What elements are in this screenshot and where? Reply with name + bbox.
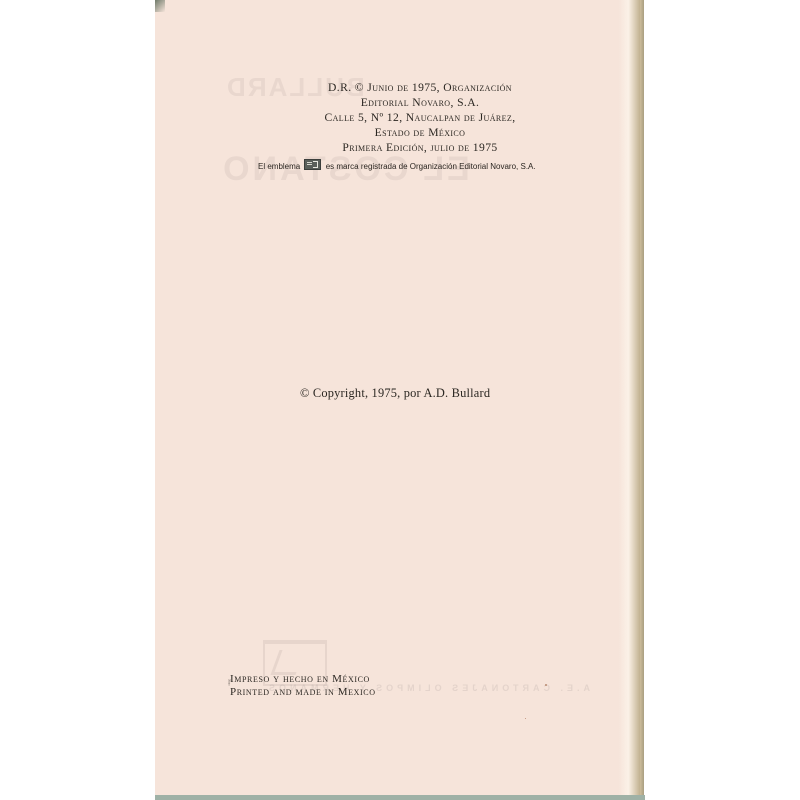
- page-corner-shadow: [155, 0, 165, 12]
- legal-deposit-block: D.R. © Junio de 1975, Organización Edito…: [275, 80, 565, 155]
- novaro-emblem-icon: [304, 159, 321, 170]
- legal-line: Estado de México: [275, 125, 565, 140]
- emblem-notice-prefix: El emblema: [258, 162, 300, 171]
- emblem-trademark-notice: El emblema es marca registrada de Organi…: [258, 159, 578, 171]
- legal-line: Primera Edición, julio de 1975: [275, 140, 565, 155]
- copyright-notice: © Copyright, 1975, por A.D. Bullard: [300, 386, 490, 401]
- legal-line: Editorial Novaro, S.A.: [275, 95, 565, 110]
- legal-line: D.R. © Junio de 1975, Organización: [275, 80, 565, 95]
- imprint-english: Printed and made in Mexico: [230, 686, 490, 699]
- paper-speck: [545, 684, 547, 686]
- page-right-edge: [640, 0, 644, 800]
- printed-in-notice: Impreso y hecho en México Printed and ma…: [230, 673, 490, 698]
- legal-line: Calle 5, Nº 12, Naucalpan de Juárez,: [275, 110, 565, 125]
- emblem-notice-suffix: es marca registrada de Organización Edit…: [326, 162, 536, 171]
- scanned-page-stage: BULLARD EL COSTANO A.E. CARTONAJES OLIMP…: [0, 0, 800, 800]
- imprint-spanish: Impreso y hecho en México: [230, 673, 490, 686]
- book-page: BULLARD EL COSTANO A.E. CARTONAJES OLIMP…: [155, 0, 643, 796]
- scan-bottom-strip: [155, 795, 645, 800]
- paper-speck: [525, 718, 526, 719]
